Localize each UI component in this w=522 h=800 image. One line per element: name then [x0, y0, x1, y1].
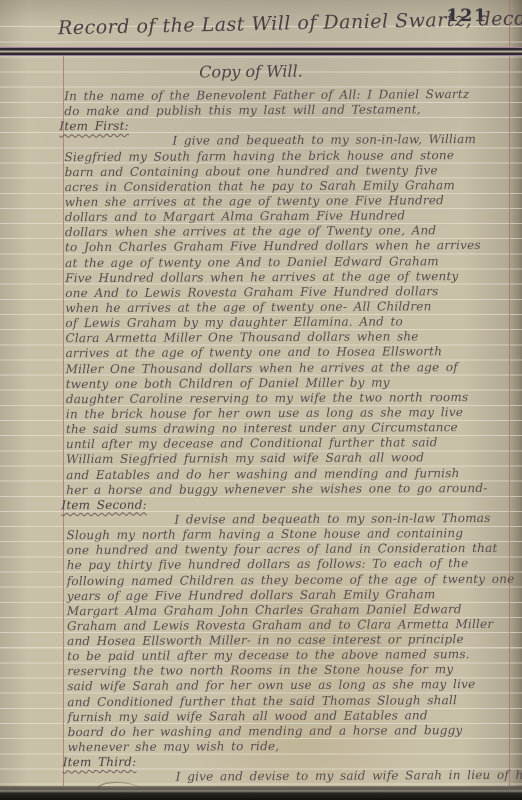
will-line: he pay thirty five hundred dollars as fo…: [67, 556, 515, 573]
will-line: to John Charles Graham Five Hundred doll…: [65, 238, 513, 255]
will-line: following named Children as they become …: [67, 571, 515, 588]
will-line: the said sums drawing no interest under …: [66, 420, 514, 437]
will-line: Five Hundred dollars when he arrives at …: [65, 269, 513, 286]
ledger-page: 121 Record of the Last Will of Daniel Sw…: [0, 0, 522, 800]
will-line: board do her washing and mending and a h…: [68, 723, 516, 740]
header-divider: [0, 47, 522, 56]
will-line: I give and devise to my said wife Sarah …: [68, 768, 516, 785]
book-edge: [0, 786, 522, 800]
copy-of-will-heading: Copy of Will.: [120, 61, 382, 83]
will-line: I give and bequeath to my son-in-law, Wi…: [64, 132, 512, 149]
will-line: her a horse and buggy whenever she wishe…: [66, 480, 514, 497]
will-line: and Conditioned further that the said Th…: [67, 692, 515, 709]
will-line: In the name of the Benevolent Father of …: [64, 87, 512, 104]
will-line: Siegfried my South farm having the brick…: [64, 147, 512, 164]
will-line: Miller One Thousand dollars when he arri…: [66, 359, 514, 376]
will-text: In the name of the Benevolent Father of …: [64, 87, 516, 786]
will-line: acres in Consideration that he pay to Sa…: [65, 178, 513, 195]
